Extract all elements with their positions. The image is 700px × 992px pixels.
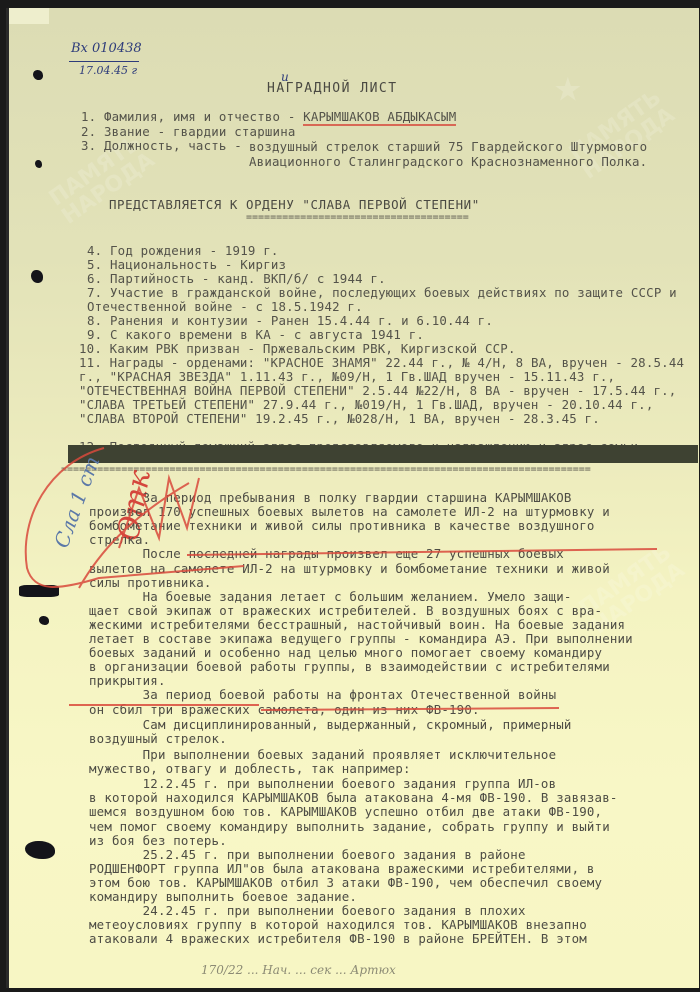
detail-party: 6. Партийность - канд. ВКП/б/ с 1944 г. [87,272,386,286]
detail-wounds: 8. Ранения и контузии - Ранен 15.4.44 г.… [87,314,493,328]
citation-line: стрелка. [89,533,150,547]
citation-line: За период боевой работы на фронтах Отече… [89,688,556,702]
field-rank-value: гвардии старшина [173,124,296,139]
footer-handwriting: 170/22 ... Нач. ... сек ... Артюх [201,963,396,977]
ink-blot [19,585,59,597]
citation-line: За период пребывания в полку гвардии ста… [89,491,572,505]
archive-date: 17.04.45 г [79,64,137,77]
citation-line: 12.2.45 г. при выполнении боевого задани… [89,777,556,791]
citation-line: командиру выполнить боевое задание. [89,890,357,904]
field-name-value: КАРЫМШАКОВ АБДЫКАСЫМ [303,109,456,126]
citation-line: летает в составе экипажа ведущего группы… [89,632,633,646]
ink-blot [25,841,55,859]
citation-line: боевых заданий и особенно над целью мног… [89,646,602,660]
field-rank: 2. Звание - гвардии старшина [81,125,296,139]
detail-awards: 11. Награды - орденами: "КРАСНОЕ ЗНАМЯ" … [79,356,697,426]
detail-service-since: 9. С какого времени в КА - с августа 194… [87,328,424,342]
citation-line: чем помог своему командиру выполнить зад… [89,820,610,834]
watermark-right: ПАМЯТЬ НАРОДА [566,86,679,183]
citation-line: 25.2.45 г. при выполнении боевого задани… [89,848,526,862]
citation-line: из боя без потерь. [89,834,227,848]
field-position: 3. Должность, часть - [81,139,242,153]
citation-line: произвел 170 успешных боевых вылетов на … [89,505,610,519]
citation-line: вылетов на самолете ИЛ-2 на штурмовку и … [89,562,610,576]
document-title: НАГРАДНОЙ ЛИСТ [267,82,398,96]
detail-draft-office: 10. Каким РВК призван - Пржевальским РВК… [79,342,516,356]
ink-blot [39,616,49,625]
citation-line: он сбил три вражеских самолета, один из … [89,703,480,717]
detail-war-participation: 7. Участие в гражданской войне, последую… [87,286,687,314]
citation-line: в организации боевой работы группы, в вз… [89,660,610,674]
nomination-underline: ===================================== [246,212,469,223]
citation-line: прикрытия. [89,674,166,688]
citation-line: бомбометание техники и живой силы против… [89,519,595,533]
citation-line: жескими истребителями бесстрашный, насто… [89,618,625,632]
citation-line: этом бою тов. КАРЫМШАКОВ отбил 3 атаки Ф… [89,876,602,890]
citation-line: в которой находился КАРЫМШАКОВ была атак… [89,791,618,805]
citation-line: щает свой экипаж от вражеских истребител… [89,604,602,618]
field-name: 1. Фамилия, имя и отчество - КАРЫМШАКОВ … [81,110,456,124]
citation-line: После последней награды произвел еще 27 … [89,547,564,561]
citation-line: шемся воздушном бою тов. КАРЫМШАКОВ успе… [89,805,602,819]
archive-number: Вх 010438 [71,41,142,56]
citation-line: На боевые задания летает с большим желан… [89,590,572,604]
citation-line: Сам дисциплинированный, выдержанный, скр… [89,718,572,732]
citation-line: атаковали 4 вражеских истребителя ФВ-190… [89,932,587,946]
citation-line: силы противника. [89,576,212,590]
award-sheet-page: ПАМЯТЬ НАРОДА ★ ПАМЯТЬ НАРОДА ПАМЯТЬ НАР… [6,8,699,988]
citation-line: воздушный стрелок. [89,732,227,746]
archive-divider [69,61,139,62]
watermark-star-icon: ★ [554,58,582,112]
detail-birth-year: 4. Год рождения - 1919 г. [87,244,279,258]
citation-line: При выполнении боевых заданий проявляет … [89,748,556,762]
citation-line: 24.2.45 г. при выполнении боевого задани… [89,904,526,918]
citation-line: мужество, отвагу и доблесть, так наприме… [89,762,411,776]
nomination-heading: ПРЕДСТАВЛЯЕТСЯ К ОРДЕНУ "СЛАВА ПЕРВОЙ СТ… [109,198,480,212]
field-position-value: воздушный стрелок старший 75 Гвардейског… [249,139,700,169]
ink-blot [35,160,42,168]
ink-blot [33,70,43,80]
redacted-address-bar [68,445,698,463]
citation-line: РОДШЕНФОРТ группа ИЛ"ов была атакована в… [89,862,595,876]
ink-blot [31,270,43,283]
detail-nationality: 5. Национальность - Киргиз [87,258,286,272]
citation-line: метеоусловиях группу в которой находился… [89,918,587,932]
